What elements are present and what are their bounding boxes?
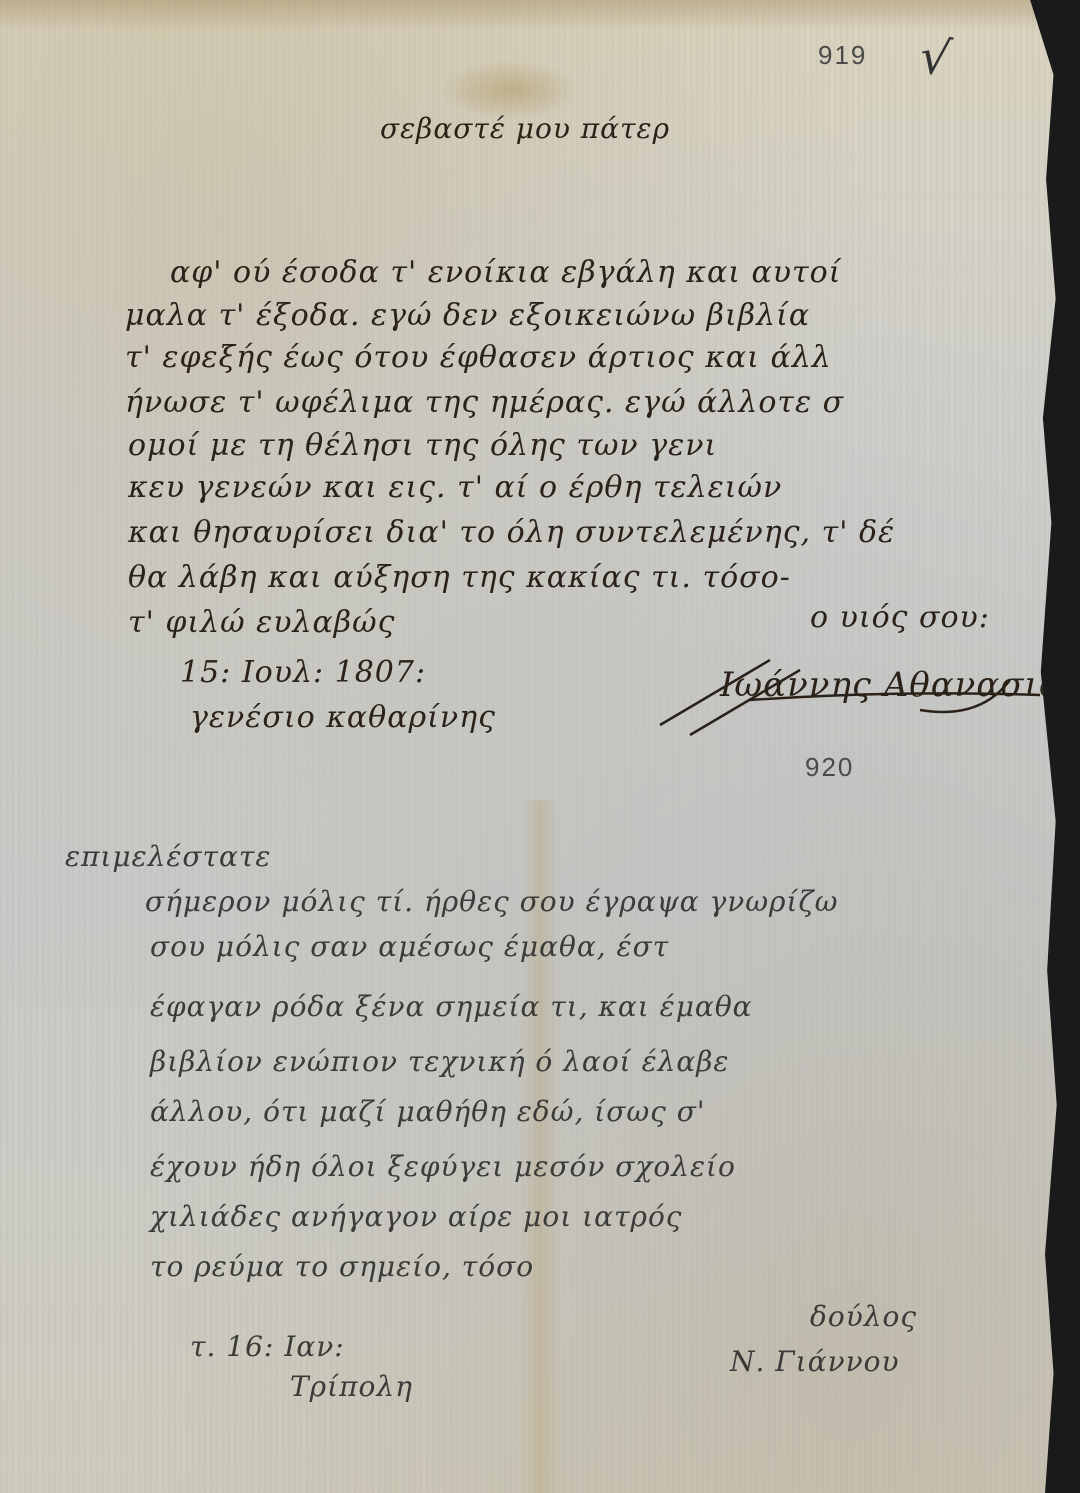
letter-2-closing: δούλος bbox=[810, 1300, 917, 1333]
letter-2-place: Τρίπολη bbox=[290, 1370, 413, 1403]
letter-1-line-8: θα λάβη και αύξηση της κακίας τι. τόσο- bbox=[128, 560, 791, 595]
letter-2-line-7: χιλιάδες ανήγαγον αίρε μοι ιατρός bbox=[150, 1200, 683, 1233]
letter-2-salutation: επιμελέστατε bbox=[65, 840, 271, 873]
letter-2-line-8: το ρεύμα το σημείο, τόσο bbox=[150, 1250, 534, 1283]
letter-1-salutation: σεβαστέ μου πάτερ bbox=[380, 112, 670, 145]
letter-2-line-1: σήμερον μόλις τί. ήρθες σου έγραψα γνωρί… bbox=[145, 885, 839, 918]
signature-flourish bbox=[650, 640, 1050, 740]
letter-1-line-9: τ' φιλώ ευλαβώς bbox=[128, 605, 395, 640]
letter-2-line-3: έφαγαν ρόδα ξένα σημεία τι, και έμαθα bbox=[150, 990, 753, 1023]
letter-1-line-1: αφ' ού έσοδα τ' ενοίκια εβγάλη και αυτοί bbox=[170, 255, 841, 290]
letter-1-line-7: και θησαυρίσει δια' το όλη συντελεμένης,… bbox=[128, 515, 895, 550]
letter-2-line-6: έχουν ήδη όλοι ξεφύγει μεσόν σχολείο bbox=[150, 1150, 736, 1183]
archive-number-top: 919 bbox=[818, 40, 867, 71]
letter-1-line-3: τ' εφεξής έως ότου έφθασεν άρτιος και άλ… bbox=[125, 340, 832, 375]
water-stain bbox=[440, 60, 580, 120]
check-mark-icon: √ bbox=[916, 28, 954, 88]
letter-2-signature: Ν. Γιάννου bbox=[730, 1345, 900, 1378]
letter-1-line-2: μαλα τ' έξοδα. εγώ δεν εξοικειώνω βιβλία bbox=[125, 298, 810, 333]
manuscript-page: 919 √ σεβαστέ μου πάτερ αφ' ού έσοδα τ' … bbox=[0, 0, 1062, 1493]
letter-1-line-6: κευ γενεών και εις. τ' αί ο έρθη τελειών bbox=[128, 470, 782, 505]
letter-1-line-4: ήνωσε τ' ωφέλιμα της ημέρας. εγώ άλλοτε … bbox=[125, 385, 844, 420]
torn-edge bbox=[0, 0, 1062, 30]
letter-1-line-5: ομοί με τη θέλησι της όλης των γενι bbox=[128, 428, 717, 463]
letter-1-closing: ο υιός σου: bbox=[810, 600, 990, 635]
letter-2-date: τ. 16: Ιαν: bbox=[190, 1330, 345, 1363]
archive-number-bottom: 920 bbox=[805, 752, 854, 783]
letter-2-line-4: βιβλίον ενώπιον τεχνική ό λαοί έλαβε bbox=[150, 1045, 729, 1078]
letter-1-date: 15: Ιουλ: 1807: bbox=[180, 655, 426, 690]
letter-2-line-5: άλλου, ότι μαζί μαθήθη εδώ, ίσως σ' bbox=[150, 1095, 706, 1128]
letter-1-place: γενέσιο καθαρίνης bbox=[190, 700, 496, 735]
letter-2-line-2: σου μόλις σαν αμέσως έμαθα, έστ bbox=[150, 930, 669, 963]
